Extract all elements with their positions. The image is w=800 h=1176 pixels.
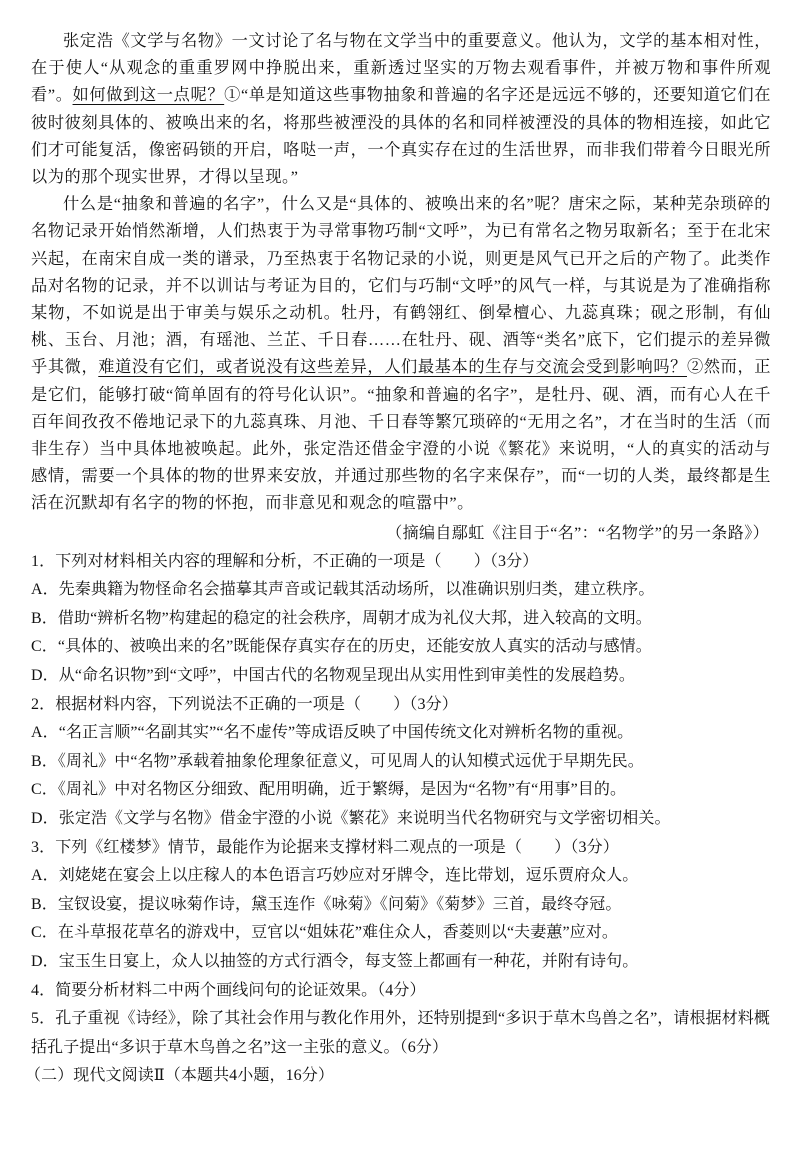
- option-a: A．刘姥姥在宴会上以庄稼人的本色语言巧妙应对牙牌令，连比带划，逗乐贾府众人。: [31, 862, 771, 891]
- underlined-question-2: 难道没有它们，或者说没有这些差异，人们最基本的生存与交流会受到影响吗？: [98, 358, 687, 376]
- passage-source-citation: （摘编自鄢虹《注目于“名”：“名物学”的另一条路》）: [31, 520, 771, 548]
- option-d: D．宝玉生日宴上，众人以抽签的方式行酒令，每支签上都画有一种花，并附有诗句。: [31, 948, 771, 977]
- question-5: 5．孔子重视《诗经》，除了其社会作用与教化作用外，还特别提到“多识于草木鸟兽之名…: [31, 1005, 771, 1062]
- option-b: B．宝钗设宴，提议咏菊作诗，黛玉连作《咏菊》《问菊》《菊梦》三首，最终夺冠。: [31, 891, 771, 920]
- question-3: 3．下列《红楼梦》情节，最能作为论据来支撑材料二观点的一项是（ ）（3分） A．…: [31, 834, 771, 977]
- question-stem: 1．下列对材料相关内容的理解和分析，不正确的一项是（ ）（3分）: [31, 548, 771, 577]
- passage-paragraph-2: 什么是“抽象和普遍的名字”，什么又是“具体的、被唤出来的名”呢？唐宋之际，某种芜…: [31, 191, 771, 517]
- option-d: D．从“命名识物”到“文呼”，中国古代的名物观呈现出从实用性到审美性的发展趋势。: [31, 662, 771, 691]
- question-stem: 4．简要分析材料二中两个画线问句的论证效果。（4分）: [31, 977, 771, 1006]
- question-1: 1．下列对材料相关内容的理解和分析，不正确的一项是（ ）（3分） A．先秦典籍为…: [31, 548, 771, 691]
- reading-passage: 张定浩《文学与名物》一文讨论了名与物在文学当中的重要意义。他认为，文学的基本相对…: [31, 28, 771, 548]
- question-stem: 3．下列《红楼梦》情节，最能作为论据来支撑材料二观点的一项是（ ）（3分）: [31, 834, 771, 863]
- option-d: D．张定浩《文学与名物》借金宇澄的小说《繁花》来说明当代名物研究与文学密切相关。: [31, 805, 771, 834]
- passage-text: 什么是“抽象和普遍的名字”，什么又是“具体的、被唤出来的名”呢？唐宋之际，某种芜…: [31, 195, 771, 376]
- option-c: C．《周礼》中对名物区分细致、配用明确，近于繁缛，是因为“名物”有“用事”目的。: [31, 776, 771, 805]
- question-4: 4．简要分析材料二中两个画线问句的论证效果。（4分）: [31, 977, 771, 1006]
- exam-page: 张定浩《文学与名物》一文讨论了名与物在文学当中的重要意义。他认为，文学的基本相对…: [31, 28, 771, 1091]
- option-a: A．“名正言顺”“名副其实”“名不虚传”等成语反映了中国传统文化对辨析名物的重视…: [31, 719, 771, 748]
- passage-paragraph-1: 张定浩《文学与名物》一文讨论了名与物在文学当中的重要意义。他认为，文学的基本相对…: [31, 28, 771, 191]
- question-list: 1．下列对材料相关内容的理解和分析，不正确的一项是（ ）（3分） A．先秦典籍为…: [31, 548, 771, 1091]
- question-stem: 5．孔子重视《诗经》，除了其社会作用与教化作用外，还特别提到“多识于草木鸟兽之名…: [31, 1005, 771, 1062]
- option-c: C．“具体的、被唤出来的名”既能保存真实存在的历史，还能安放人真实的活动与感情。: [31, 633, 771, 662]
- question-stem: 2．根据材料内容，下列说法不正确的一项是（ ）（3分）: [31, 691, 771, 720]
- underlined-question-1: 如何做到这一点呢？: [73, 86, 225, 104]
- option-c: C．在斗草报花草名的游戏中，豆官以“姐妹花”难住众人，香菱则以“夫妻蕙”应对。: [31, 919, 771, 948]
- option-b: B．借助“辨析名物”构建起的稳定的社会秩序，周朝才成为礼仪大邦，进入较高的文明。: [31, 605, 771, 634]
- option-a: A．先秦典籍为物怪命名会描摹其声音或记载其活动场所，以准确识别归类，建立秩序。: [31, 576, 771, 605]
- section-heading: （二）现代文阅读Ⅱ（本题共4小题，16分）: [25, 1062, 771, 1091]
- option-b: B．《周礼》中“名物”承载着抽象伦理象征意义，可见周人的认知模式远优于早期先民。: [31, 748, 771, 777]
- passage-text: ②然而，正是它们，能够打破“简单固有的符号化认识”。“抽象和普遍的名字”，是牡丹…: [31, 358, 771, 512]
- question-2: 2．根据材料内容，下列说法不正确的一项是（ ）（3分） A．“名正言顺”“名副其…: [31, 691, 771, 834]
